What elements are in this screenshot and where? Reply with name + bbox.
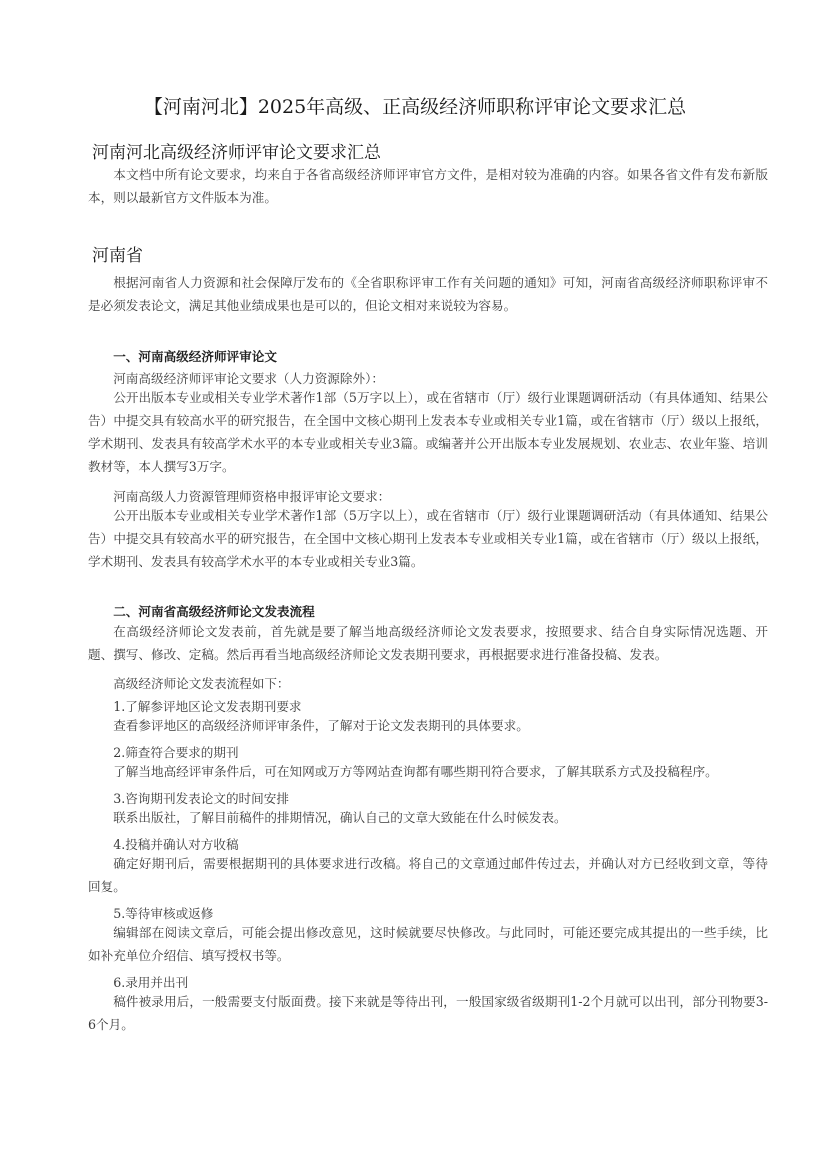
step-6-text: 稿件被录用后，一般需要支付版面费。接下来就是等待出刊，一般国家级省级期刊1-2个… xyxy=(88,990,768,1036)
flow-label: 高级经济师论文发表流程如下： xyxy=(88,673,290,692)
step-3-text: 联系出版社，了解目前稿件的排期情况，确认自己的文章大致能在什么时候发表。 xyxy=(88,806,768,829)
henan-heading: 河南省 xyxy=(92,241,143,266)
req1-label: 河南高级经济师评审论文要求（人力资源除外）： xyxy=(88,368,384,387)
step-5-title: 5.等待审核或返修 xyxy=(88,903,213,922)
step-1-text: 查看参评地区的高级经济师评审条件，了解对于论文发表期刊的具体要求。 xyxy=(88,714,768,737)
req2-label: 河南高级人力资源管理师资格申报评审论文要求： xyxy=(88,486,390,505)
req1-paragraph: 公开出版本专业或相关专业学术著作1部（5万字以上），或在省辖市（厅）级行业课题调… xyxy=(88,386,768,478)
step-5-text: 编辑部在阅读文章后，可能会提出修改意见，这时候就要尽快修改。与此同时，可能还要完… xyxy=(88,921,768,967)
section1-heading: 一、河南高级经济师评审论文 xyxy=(88,346,277,365)
step-3-title: 3.咨询期刊发表论文的时间安排 xyxy=(88,788,289,807)
subtitle-heading: 河南河北高级经济师评审论文要求汇总 xyxy=(92,138,381,163)
section2-heading: 二、河南省高级经济师论文发表流程 xyxy=(88,601,315,620)
step-6-title: 6.录用并出刊 xyxy=(88,972,188,991)
req2-paragraph: 公开出版本专业或相关专业学术著作1部（5万字以上），或在省辖市（厅）级行业课题调… xyxy=(88,504,768,573)
step-1-title: 1.了解参评地区论文发表期刊要求 xyxy=(88,696,302,715)
section2-intro-paragraph: 在高级经济师论文发表前，首先就是要了解当地高级经济师论文发表要求，按照要求、结合… xyxy=(88,620,768,666)
intro-paragraph: 本文档中所有论文要求，均来自于各省高级经济师评审官方文件，是相对较为准确的内容。… xyxy=(88,163,768,209)
step-2-title: 2.筛查符合要求的期刊 xyxy=(88,742,239,761)
step-2-text: 了解当地高经评审条件后，可在知网或万方等网站查询都有哪些期刊符合要求，了解其联系… xyxy=(88,760,768,783)
step-4-text: 确定好期刊后，需要根据期刊的具体要求进行改稿。将自己的文章通过邮件传过去，并确认… xyxy=(88,852,768,898)
henan-intro-paragraph: 根据河南省人力资源和社会保障厅发布的《全省职称评审工作有关问题的通知》可知，河南… xyxy=(88,271,768,317)
document-title: 【河南河北】2025年高级、正高级经济师职称评审论文要求汇总 xyxy=(0,92,830,119)
step-4-title: 4.投稿并确认对方收稿 xyxy=(88,834,239,853)
